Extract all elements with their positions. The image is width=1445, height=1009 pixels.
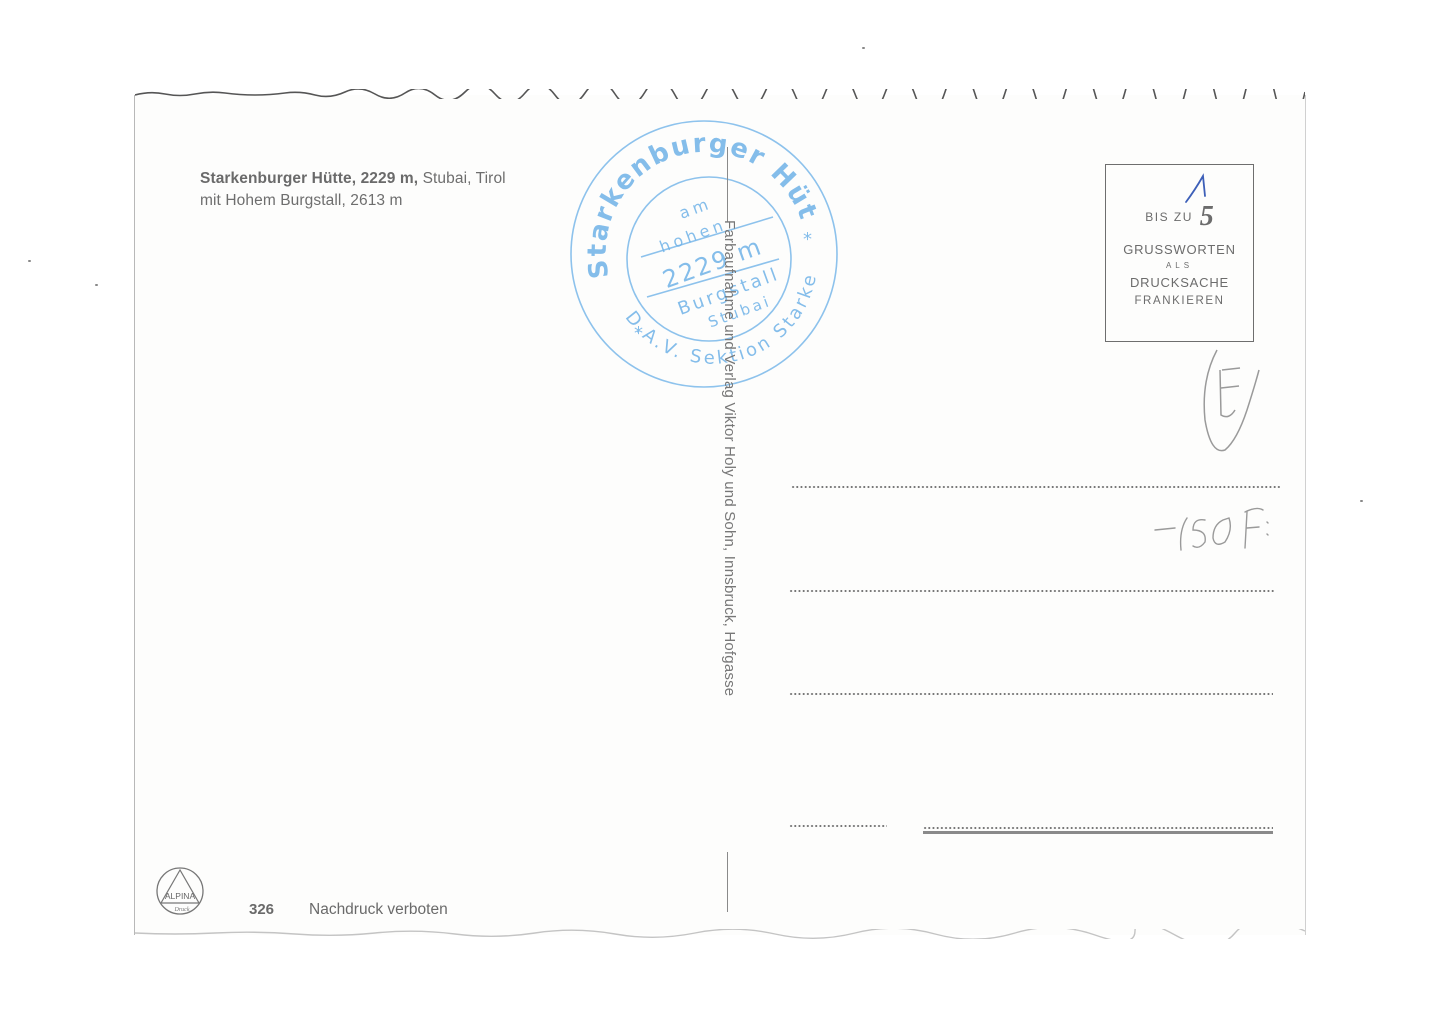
scan-speck <box>862 47 865 49</box>
alpina-druck-logo: ALPINA Druck <box>155 866 205 916</box>
postcard-back: Starkenburger Hütte, 2229 m, Stubai, Tir… <box>134 95 1306 935</box>
address-line-3 <box>789 693 1273 695</box>
caption-title: Starkenburger Hütte, 2229 m, Stubai, Tir… <box>200 168 506 190</box>
address-line-2 <box>789 590 1275 592</box>
scan-speck <box>95 284 98 286</box>
postage-bis-zu-label: BIS ZU <box>1145 210 1193 224</box>
logo-subtext: Druck <box>174 907 190 913</box>
postcard-top-edge <box>135 89 1305 99</box>
postage-stamp-box: BIS ZU 5 GRUSSWORTEN ALS DRUCKSACHE FRAN… <box>1105 164 1254 342</box>
pencil-price-note <box>1145 500 1285 555</box>
card-number: 326 <box>249 901 274 918</box>
divider-line-top <box>727 147 728 222</box>
caption-title-bold: Starkenburger Hütte, 2229 m, <box>200 170 418 187</box>
copyright-notice: Nachdruck verboten <box>309 901 448 919</box>
stamp-inner-am: am <box>677 193 715 222</box>
address-line-1 <box>791 486 1281 488</box>
postage-bis-zu: BIS ZU 5 <box>1106 201 1253 233</box>
postage-line-grussworten: GRUSSWORTEN <box>1106 242 1253 257</box>
stamp-star-left: * <box>634 323 643 344</box>
scan-speck <box>1360 500 1363 502</box>
address-line-4-city <box>923 827 1273 829</box>
postage-line-als: ALS <box>1106 261 1253 270</box>
photo-caption: Starkenburger Hütte, 2229 m, Stubai, Tir… <box>200 168 506 212</box>
scan-speck <box>28 260 31 262</box>
logo-text: ALPINA <box>165 891 196 901</box>
postage-line-frankieren: FRANKIEREN <box>1106 295 1253 307</box>
postcard-bottom-edge <box>135 929 1305 939</box>
pen-mark-one <box>1181 170 1211 210</box>
publisher-imprint-text: Farbaufnahme und Verlag Viktor Holy und … <box>721 220 738 696</box>
caption-title-location: Stubai, Tirol <box>418 170 506 187</box>
address-line-4-postcode <box>789 825 887 827</box>
pencil-circled-e <box>1195 340 1265 460</box>
caption-subtitle: mit Hohem Burgstall, 2613 m <box>200 190 506 212</box>
postage-line-drucksache: DRUCKSACHE <box>1106 275 1253 290</box>
stamp-star-right: * <box>803 229 812 250</box>
address-line-4-underline <box>923 831 1273 834</box>
hut-rubber-stamp: Starkenburger Hütte D.A.V. Sektion Stark… <box>567 117 842 392</box>
divider-line-bottom <box>727 852 728 912</box>
